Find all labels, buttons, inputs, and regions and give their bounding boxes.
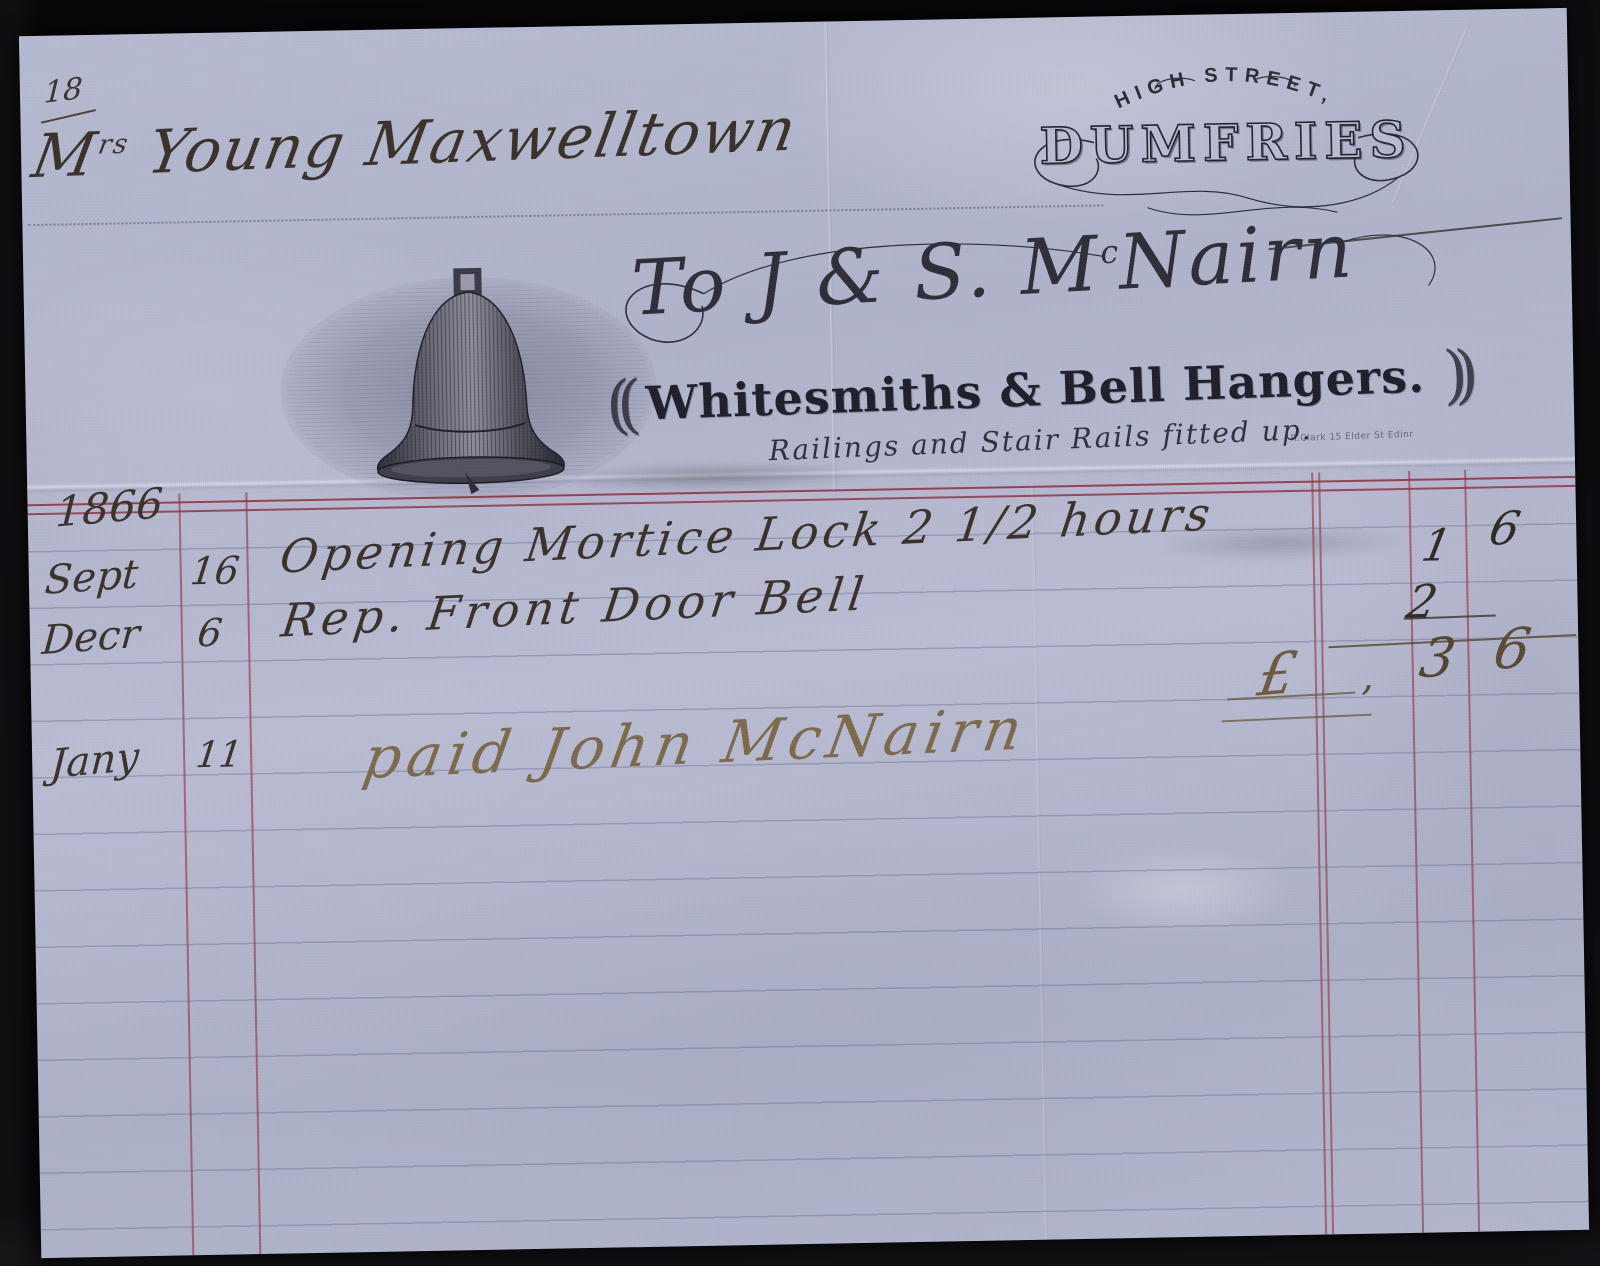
business-name-part2: Nairn [1116,205,1357,306]
entry-month: Sept [43,551,139,604]
left-flourish-parens: (( [605,367,648,442]
street-arc-label: HIGH STREET, [1111,62,1340,113]
letterhead-emblem: HIGH STREET, DUMFRIES DUMFRIES [1004,24,1448,230]
entry-month: Decr [40,611,141,664]
addressee-name: Young Maxwelltown [121,95,802,189]
billhead-paper-sheet: 18 Mrs Young Maxwelltown HIGH STREET, DU… [19,8,1589,1258]
addressee-honorific: M [27,120,103,193]
entry-day: 16 [188,548,242,593]
ledger-year: 1866 [54,478,164,536]
payment-month: Jany [49,734,140,788]
right-flourish-parens: )) [1424,338,1467,413]
payment-day: 11 [194,734,245,776]
handwritten-folio-number: 18 [43,71,83,111]
business-name-superscript: c [1099,233,1119,272]
total-pounds-separator: , [1360,654,1374,700]
addressee-line: Mrs Young Maxwelltown [27,95,803,193]
town-name-label: DUMFRIES [1039,110,1413,176]
